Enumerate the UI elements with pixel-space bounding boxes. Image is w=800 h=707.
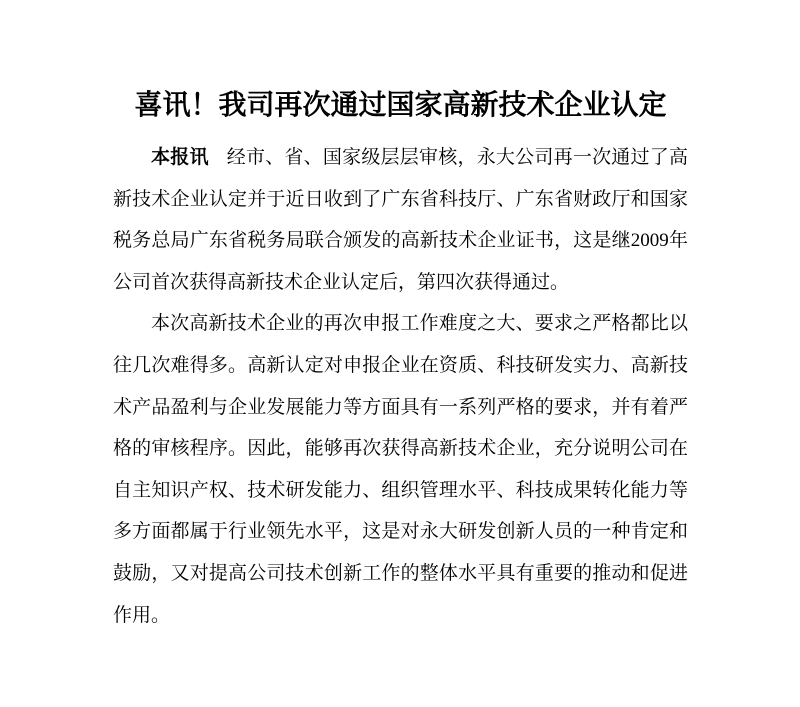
paragraph-body: 本次高新技术企业的再次申报工作难度之大、要求之严格都比以往几次难得多。高新认定对…: [113, 303, 688, 636]
document-page: 喜讯！我司再次通过国家高新技术企业认定 本报讯经市、省、国家级层层审核，永大公司…: [0, 0, 800, 707]
document-title: 喜讯！我司再次通过国家高新技术企业认定: [113, 88, 688, 124]
paragraph-news-lead: 本报讯经市、省、国家级层层审核，永大公司再一次通过了高新技术企业认定并于近日收到…: [113, 137, 688, 303]
paragraph-lead-label: 本报讯: [151, 147, 209, 168]
paragraph-2-text: 本次高新技术企业的再次申报工作难度之大、要求之严格都比以往几次难得多。高新认定对…: [113, 313, 688, 625]
document-body: { "document": { "title": "喜讯！我司再次通过国家高新技…: [0, 0, 800, 707]
paragraph-1-text: 经市、省、国家级层层审核，永大公司再一次通过了高新技术企业认定并于近日收到了广东…: [113, 147, 688, 293]
